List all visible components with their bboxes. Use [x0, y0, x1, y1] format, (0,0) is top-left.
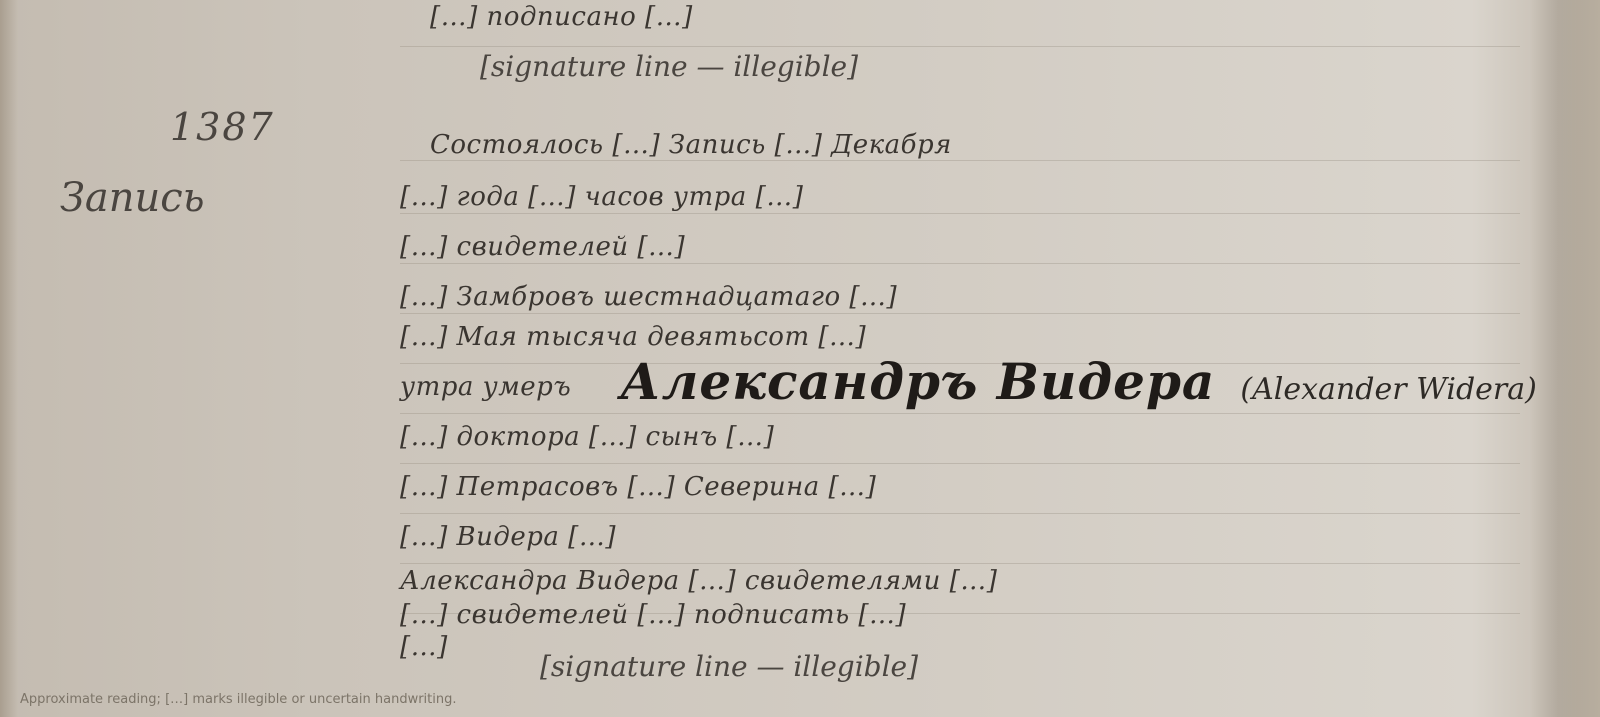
closing-signature: [signature line — illegible] [540, 650, 918, 683]
margin-annotation: 1387 Запись [60, 95, 320, 265]
ruled-line [400, 513, 1520, 514]
ruled-line [400, 463, 1520, 464]
entry-line-8: […] Петрасовъ […] Северина […] [400, 472, 876, 502]
entry-line-4: […] Замбровъ шестнадцатаго […] [400, 282, 897, 312]
ruled-line [400, 263, 1520, 264]
record-number: 1387 [170, 105, 275, 149]
entry-line-11: […] свидетелей […] подписать […] [400, 600, 906, 630]
deceased-name: Александръ Видера [620, 352, 1215, 411]
ruled-line [400, 160, 1520, 161]
entry-line-3: […] свидетелей […] [400, 232, 685, 262]
register-page: […] подписано […] [signature line — ille… [0, 0, 1600, 717]
deceased-name-latin: (Alexander Widera) [1240, 372, 1536, 407]
spine-shadow [0, 0, 18, 717]
previous-entry-line: […] подписано […] [430, 2, 693, 32]
entry-line-6: утра умеръ [400, 372, 571, 402]
previous-entry-signature: [signature line — illegible] [480, 50, 858, 83]
entry-line-5: […] Мая тысяча девятьсот […] [400, 322, 866, 352]
ruled-line [400, 563, 1520, 564]
ruled-line [400, 213, 1520, 214]
ruled-line [400, 413, 1520, 414]
entry-line-2: […] года […] часов утра […] [400, 182, 803, 212]
ruled-line [400, 313, 1520, 314]
transcription-note: Approximate reading; […] marks illegible… [20, 692, 457, 707]
page-edge [1530, 0, 1600, 717]
deceased-name-block: Александръ Видера (Alexander Widera) [620, 352, 1537, 411]
entry-line-9: […] Видера […] [400, 522, 616, 552]
entry-line-10: Александра Видера […] свидетелями […] [400, 566, 997, 596]
record-label: Запись [60, 175, 204, 221]
entry-line-1: Состоялось […] Запись […] Декабря [430, 130, 952, 160]
ruled-line [400, 46, 1520, 47]
entry-line-12: […] [400, 632, 448, 662]
entry-line-7: […] доктора […] сынъ […] [400, 422, 774, 452]
